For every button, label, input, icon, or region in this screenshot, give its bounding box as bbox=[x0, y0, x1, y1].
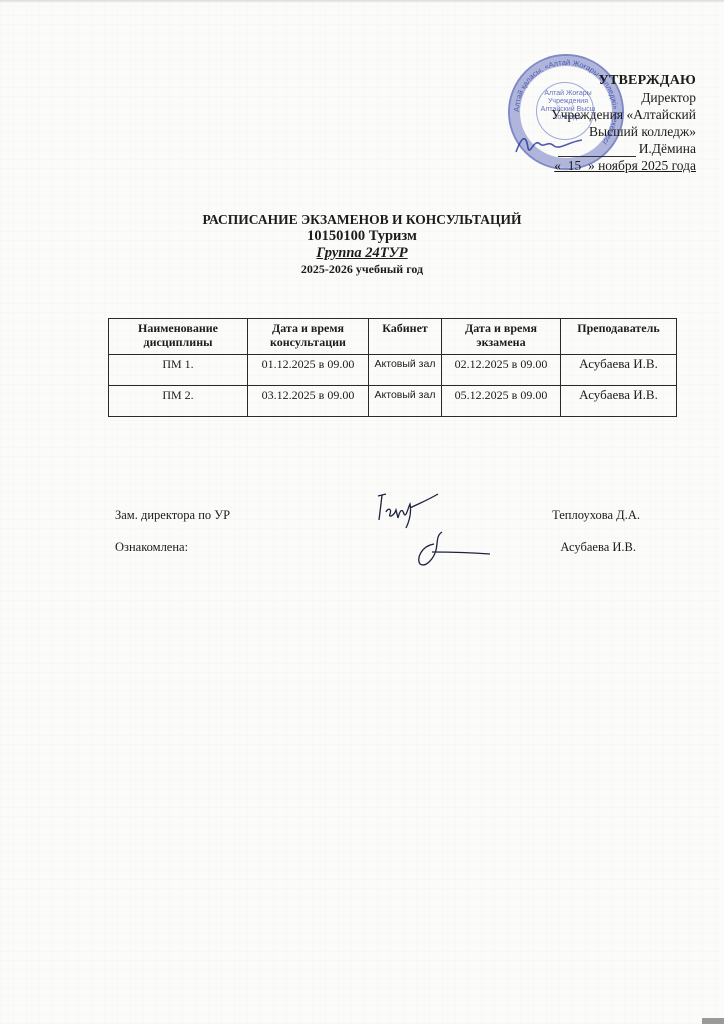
header-discipline: Наименование дисциплины bbox=[109, 319, 248, 355]
scan-corner bbox=[702, 1018, 724, 1024]
cell-teacher: Асубаева И.В. bbox=[561, 355, 677, 386]
cell-consultation: 01.12.2025 в 09.00 bbox=[248, 355, 369, 386]
cell-teacher: Асубаева И.В. bbox=[561, 386, 677, 417]
deputy-signature bbox=[372, 490, 442, 530]
document-title-block: РАСПИСАНИЕ ЭКЗАМЕНОВ И КОНСУЛЬТАЦИЙ 1015… bbox=[0, 212, 724, 277]
approval-heading: УТВЕРЖДАЮ bbox=[500, 72, 696, 89]
cell-consultation: 03.12.2025 в 09.00 bbox=[248, 386, 369, 417]
acknowledged-signature bbox=[412, 528, 492, 568]
signature-name-deputy: Теплоухова Д.А. bbox=[0, 508, 640, 523]
schedule-table: Наименование дисциплины Дата и время кон… bbox=[108, 318, 677, 417]
director-signature bbox=[512, 130, 592, 160]
academic-year: 2025-2026 учебный год bbox=[0, 262, 724, 277]
table-header-row: Наименование дисциплины Дата и время кон… bbox=[109, 319, 677, 355]
approval-position: Директор bbox=[500, 89, 696, 106]
approval-signatory: И.Дёмина bbox=[639, 141, 696, 156]
specialty: 10150100 Туризм bbox=[0, 228, 724, 245]
document-title: РАСПИСАНИЕ ЭКЗАМЕНОВ И КОНСУЛЬТАЦИЙ bbox=[0, 212, 724, 228]
signature-name-acknowledged: Асубаева И.В. bbox=[0, 540, 636, 555]
header-room: Кабинет bbox=[369, 319, 442, 355]
cell-discipline: ПМ 1. bbox=[109, 355, 248, 386]
cell-room: Актовый зал bbox=[369, 355, 442, 386]
cell-discipline: ПМ 2. bbox=[109, 386, 248, 417]
group-name: Группа 24ТУР bbox=[0, 245, 724, 262]
cell-room: Актовый зал bbox=[369, 386, 442, 417]
header-exam: Дата и время экзамена bbox=[442, 319, 561, 355]
scan-edge bbox=[0, 0, 724, 3]
header-consultation: Дата и время консультации bbox=[248, 319, 369, 355]
header-teacher: Преподаватель bbox=[561, 319, 677, 355]
table-row: ПМ 2. 03.12.2025 в 09.00 Актовый зал 05.… bbox=[109, 386, 677, 417]
approval-institution-line1: Учреждения «Алтайский bbox=[500, 106, 696, 123]
cell-exam: 02.12.2025 в 09.00 bbox=[442, 355, 561, 386]
table-row: ПМ 1. 01.12.2025 в 09.00 Актовый зал 02.… bbox=[109, 355, 677, 386]
cell-exam: 05.12.2025 в 09.00 bbox=[442, 386, 561, 417]
